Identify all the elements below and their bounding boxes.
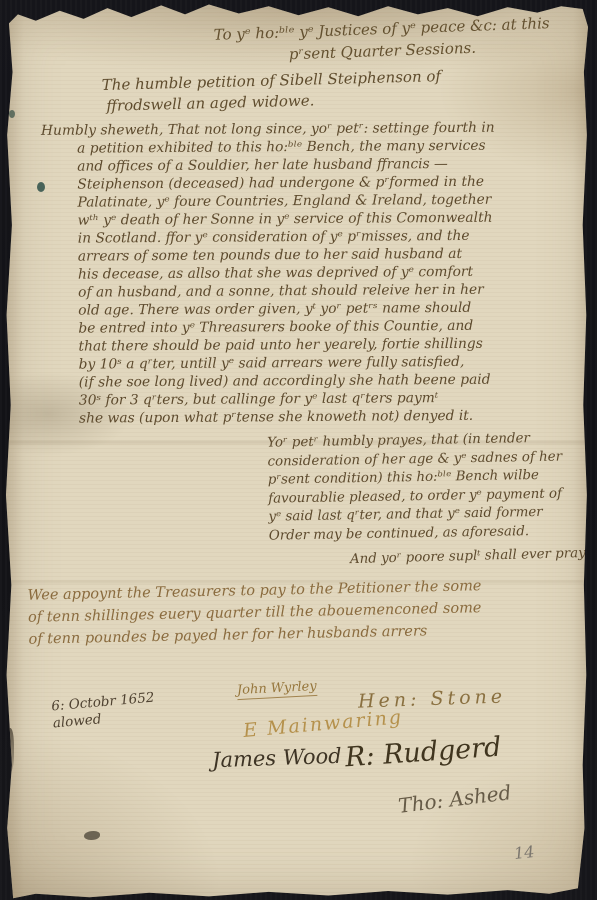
ink-blot <box>84 831 100 840</box>
signature-john-wyrley: John Wyrley <box>237 679 318 700</box>
petition-prayer: Yoʳ petʳ humbly prayes, that (in tender … <box>267 429 575 545</box>
body-line: Humbly sheweth, That not long since, yoʳ… <box>41 118 569 140</box>
signature-e-mainwaring: E Mainwaring <box>242 706 403 742</box>
petition-heading: To yᵉ ho:ᵇˡᵉ yᵉ Justices of yᵉ peace &c:… <box>195 12 568 69</box>
court-order: Wee appoynt the Treasurers to pay to the… <box>27 573 573 650</box>
petition-body: Humbly sheweth, That not long since, yoʳ… <box>41 118 571 428</box>
signature-tho-ashed: Tho: Ashed <box>397 780 513 818</box>
ink-spot <box>9 110 15 118</box>
folio-number: 14 <box>513 842 535 863</box>
signature-james-wood: James Wood <box>212 744 342 773</box>
petition-closing: And yoʳ poore suplᵗ shall ever pray <box>350 546 586 567</box>
edge-smudge <box>5 728 14 772</box>
ink-spot <box>37 182 45 192</box>
petition-title: The humble petition of Sibell Steiphenso… <box>102 65 483 117</box>
body-line: she was (upon what pʳtense she knoweth n… <box>79 406 571 427</box>
manuscript-page: To yᵉ ho:ᵇˡᵉ yᵉ Justices of yᵉ peace &c:… <box>0 0 597 900</box>
signature-r-rudgerd: R: Rudgerd <box>344 732 502 774</box>
date-annotation: 6: Octobr 1652 alowed <box>51 690 157 733</box>
photo-background: To yᵉ ho:ᵇˡᵉ yᵉ Justices of yᵉ peace &c:… <box>0 0 597 900</box>
